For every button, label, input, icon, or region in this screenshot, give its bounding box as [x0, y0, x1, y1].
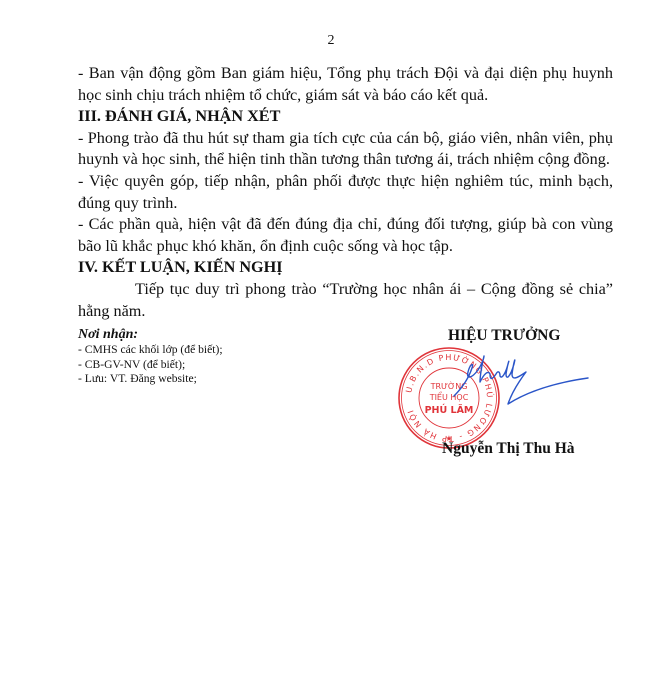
paragraph-committee: - Ban vận động gồm Ban giám hiệu, Tổng p…	[78, 63, 613, 106]
section-heading-evaluation: III. ĐÁNH GIÁ, NHẬN XÉT	[78, 106, 613, 128]
paragraph-gifts: - Các phần quà, hiện vật đã đến đúng địa…	[78, 214, 613, 257]
recipients-label: Nơi nhận:	[78, 326, 223, 343]
recipient-item: - CB-GV-NV (để biết);	[78, 358, 223, 373]
signature-icon	[450, 350, 590, 410]
section-heading-conclusion: IV. KẾT LUẬN, KIẾN NGHỊ	[78, 257, 613, 279]
recipient-item: - Lưu: VT. Đăng website;	[78, 372, 223, 387]
signer-name: Nguyễn Thị Thu Hà	[442, 440, 575, 458]
recipients-block: Nơi nhận: - CMHS các khối lớp (để biết);…	[78, 326, 223, 387]
page-number: 2	[0, 33, 662, 49]
paragraph-participation: - Phong trào đã thu hút sự tham gia tích…	[78, 128, 613, 171]
paragraph-recommendation: Tiếp tục duy trì phong trào “Trường học …	[78, 279, 613, 322]
signer-title: HIỆU TRƯỞNG	[448, 327, 560, 345]
recipient-item: - CMHS các khối lớp (để biết);	[78, 343, 223, 358]
document-body: - Ban vận động gồm Ban giám hiệu, Tổng p…	[78, 63, 613, 322]
paragraph-transparency: - Việc quyên góp, tiếp nhận, phân phối đ…	[78, 171, 613, 214]
